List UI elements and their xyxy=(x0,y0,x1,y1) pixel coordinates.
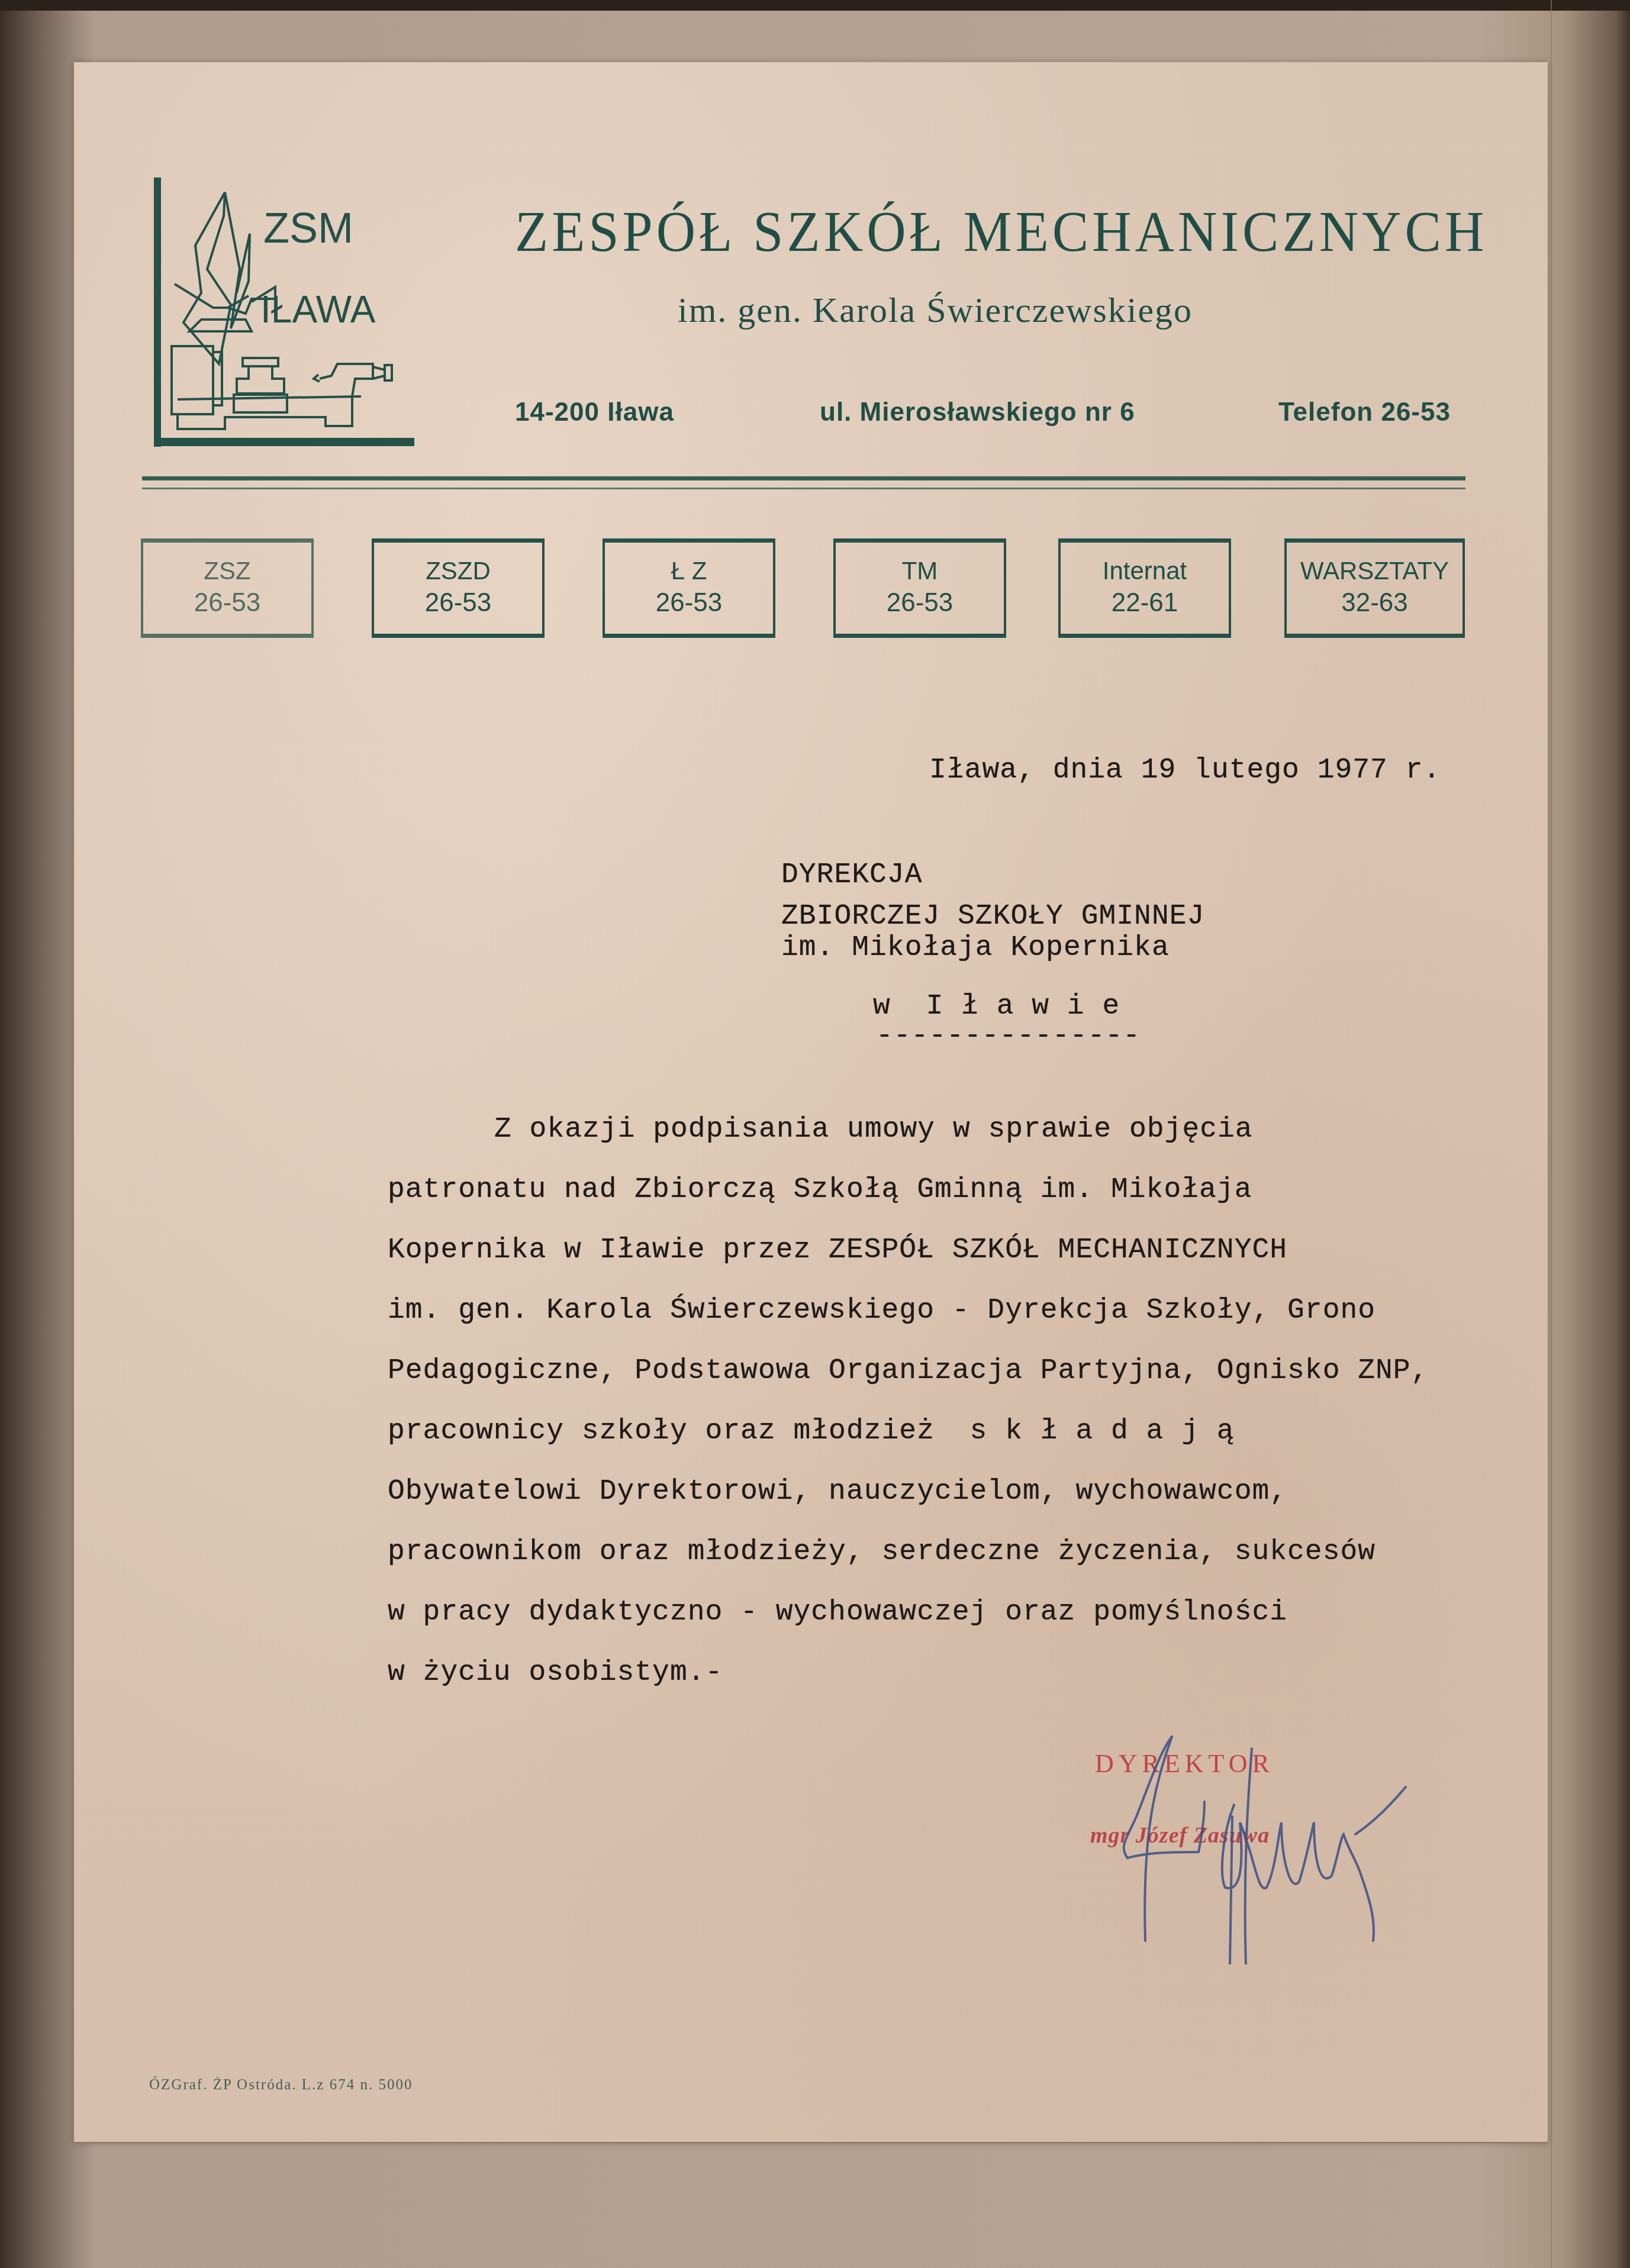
department-box-warsztaty: WARSZTATY 32-63 xyxy=(1284,538,1465,638)
recipient-underline: --------------- xyxy=(876,1022,1141,1050)
department-box-tm: TM 26-53 xyxy=(833,538,1006,638)
phone-number: Telefon 26-53 xyxy=(1278,398,1451,427)
header-divider-thick xyxy=(142,476,1465,480)
school-logo: ZSM IŁAWA xyxy=(148,175,432,450)
logo-monogram: ZSM xyxy=(263,205,353,252)
body-line-5: Pedagogiczne, Podstawowa Organizacja Par… xyxy=(388,1357,1428,1385)
department-name: Ł Z xyxy=(605,557,773,585)
header-divider-thin xyxy=(142,488,1465,489)
recipient-line-1: DYREKCJA xyxy=(781,861,922,889)
department-box-internat: Internat 22-61 xyxy=(1058,538,1231,638)
postal-address: 14-200 Iława xyxy=(515,398,674,427)
recipient-line-3: im. Mikołaja Kopernika xyxy=(781,934,1170,962)
body-line-1: Z okazji podpisania umowy w sprawie obję… xyxy=(494,1115,1253,1144)
body-line-9: w pracy dydaktyczno - wychowawczej oraz … xyxy=(388,1598,1287,1627)
street-address: ul. Mierosławskiego nr 6 xyxy=(820,398,1135,427)
body-line-2: patronatu nad Zbiorczą Szkołą Gminną im.… xyxy=(388,1176,1252,1204)
school-patron-subtitle: im. gen. Karola Świerczewskiego xyxy=(678,290,1193,331)
flame-and-lathe-emblem-icon: ZSM IŁAWA xyxy=(148,175,432,450)
body-line-8: pracownikom oraz młodzieży, serdeczne ży… xyxy=(388,1538,1375,1566)
department-name: ZSZ xyxy=(143,557,311,585)
department-name: TM xyxy=(836,557,1004,585)
school-name-title: ZESPÓŁ SZKÓŁ MECHANICZNYCH xyxy=(515,203,1468,260)
department-box-zsz: ZSZ 26-53 xyxy=(141,538,314,638)
backing-page-edge xyxy=(1551,0,1552,2268)
body-line-3: Kopernika w Iławie przez ZESPÓŁ SZKÓŁ ME… xyxy=(388,1236,1287,1264)
department-phone: 26-53 xyxy=(836,585,1004,621)
department-box-lz: Ł Z 26-53 xyxy=(603,538,775,638)
department-phone: 32-63 xyxy=(1287,585,1463,621)
body-line-4: im. gen. Karola Świerczewskiego - Dyrekc… xyxy=(388,1296,1375,1325)
department-name: Internat xyxy=(1061,557,1229,585)
logo-city: IŁAWA xyxy=(260,288,376,331)
department-phone: 26-53 xyxy=(143,585,311,621)
department-name: WARSZTATY xyxy=(1287,557,1463,585)
department-name: ZSZD xyxy=(374,557,542,585)
recipient-city: w I ł a w i e xyxy=(873,992,1120,1021)
body-line-10: w życiu osobistym.- xyxy=(388,1659,723,1687)
printer-imprint: ÓZGraf. ŻP Ostróda. L.z 674 n. 5000 xyxy=(149,2077,413,2093)
body-line-7: Obywatelowi Dyrektorowi, nauczycielom, w… xyxy=(388,1477,1287,1506)
handwritten-signature-icon xyxy=(1077,1716,1409,1964)
letter-date: Iława, dnia 19 lutego 1977 r. xyxy=(929,756,1441,785)
department-phone: 22-61 xyxy=(1061,585,1229,621)
department-phone: 26-53 xyxy=(374,585,542,621)
recipient-line-2: ZBIORCZEJ SZKOŁY GMINNEJ xyxy=(781,902,1204,931)
body-line-6: pracownicy szkoły oraz młodzież s k ł a … xyxy=(388,1417,1235,1446)
binder-shadow-top xyxy=(0,0,1630,11)
department-phone: 26-53 xyxy=(605,585,773,621)
department-box-zszd: ZSZD 26-53 xyxy=(372,538,545,638)
